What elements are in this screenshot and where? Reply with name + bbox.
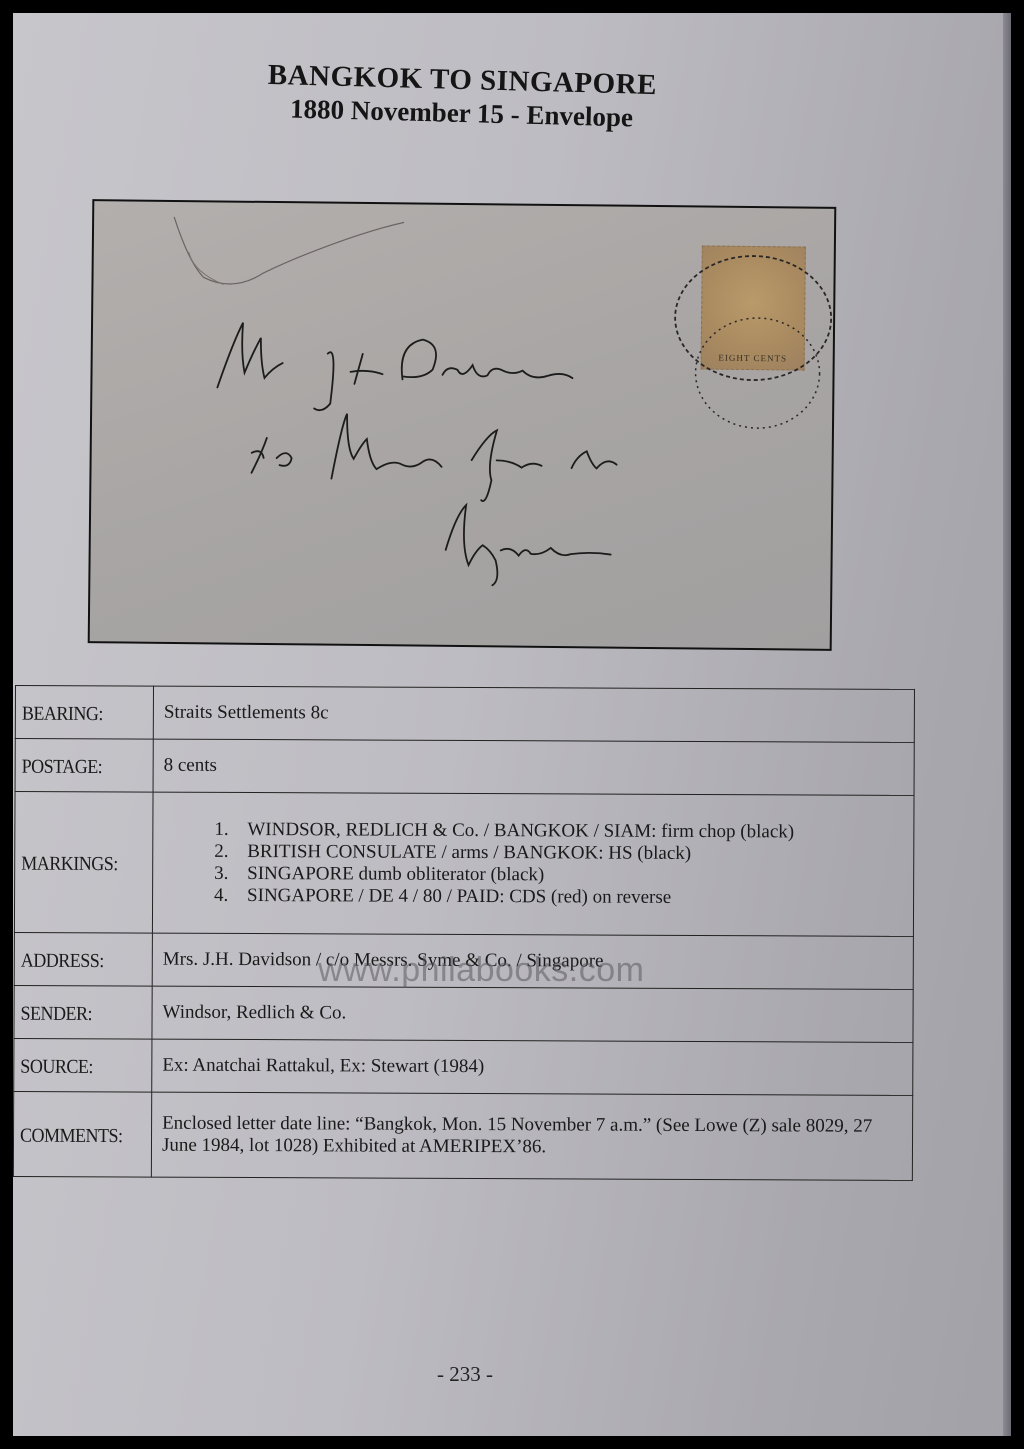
markings-label: MARKINGS: [14, 784, 153, 940]
table-row-markings: MARKINGS: WINDSOR, REDLICH & Co. / BANGK… [14, 792, 914, 937]
marking-item: SINGAPORE dumb obliterator (black) [233, 863, 903, 888]
cover-details-table: BEARING: Straits Settlements 8c POSTAGE:… [13, 685, 915, 1181]
envelope-photo: EIGHT CENTS [88, 199, 837, 651]
table-row-sender: SENDER: Windsor, Redlich & Co. [14, 985, 913, 1042]
page-number: - 233 - [0, 1362, 964, 1387]
postage-value: 8 cents [153, 739, 914, 795]
comments-label: COMMENTS: [13, 1087, 151, 1181]
marking-item: BRITISH CONSULATE / arms / BANGKOK: HS (… [233, 841, 903, 866]
bearing-label: BEARING: [15, 683, 153, 742]
sender-label: SENDER: [14, 983, 152, 1042]
table-row-bearing: BEARING: Straits Settlements 8c [15, 686, 914, 743]
bearing-value: Straits Settlements 8c [153, 686, 914, 742]
address-label: ADDRESS: [14, 930, 152, 989]
postage-stamp: EIGHT CENTS [701, 246, 806, 371]
markings-list: WINDSOR, REDLICH & Co. / BANGKOK / SIAM:… [163, 819, 903, 910]
table-row-source: SOURCE: Ex: Anatchai Rattakul, Ex: Stewa… [14, 1038, 913, 1095]
book-page: BANGKOK TO SINGAPORE 1880 November 15 - … [13, 13, 1011, 1436]
table-row-comments: COMMENTS: Enclosed letter date line: “Ba… [13, 1091, 912, 1180]
watermark: www.philabooks.com [318, 951, 644, 990]
sender-value: Windsor, Redlich & Co. [152, 986, 913, 1042]
comments-value: Enclosed letter date line: “Bangkok, Mon… [151, 1092, 912, 1180]
page-edge-shadow [1003, 13, 1011, 1436]
stamp-label: EIGHT CENTS [702, 353, 804, 364]
page-title: BANGKOK TO SINGAPORE 1880 November 15 - … [0, 50, 962, 142]
marking-item: WINDSOR, REDLICH & Co. / BANGKOK / SIAM:… [233, 819, 903, 844]
source-value: Ex: Anatchai Rattakul, Ex: Stewart (1984… [152, 1039, 913, 1095]
marking-item: SINGAPORE / DE 4 / 80 / PAID: CDS (red) … [233, 885, 903, 910]
source-label: SOURCE: [14, 1036, 152, 1095]
markings-value: WINDSOR, REDLICH & Co. / BANGKOK / SIAM:… [152, 792, 914, 936]
